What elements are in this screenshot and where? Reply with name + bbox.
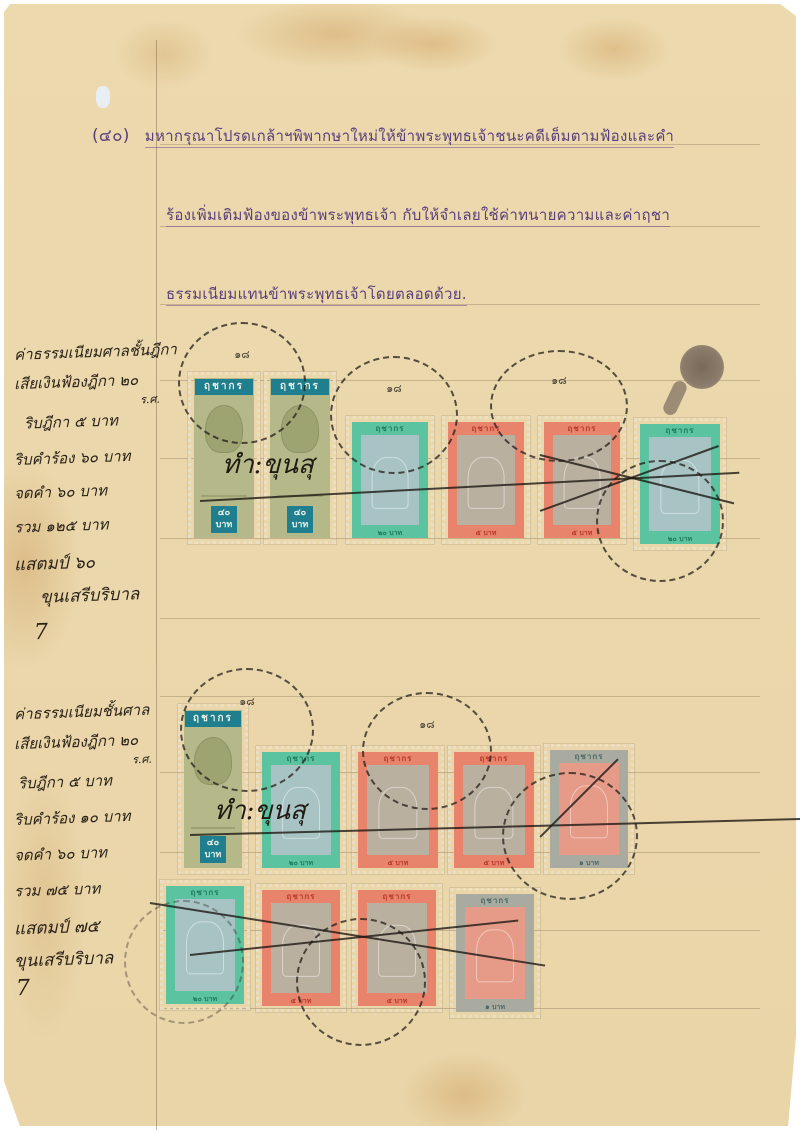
margin-note: แสตมป์ ๗๕ — [14, 913, 100, 943]
stamp-header: ฤชากร — [637, 424, 723, 437]
margin-note: ริบคำร้อง ๖๐ บาท — [14, 444, 131, 472]
postmark-cancellation — [502, 772, 638, 900]
margin-signature: ขุนเสรีบริบาล — [14, 944, 114, 974]
postmark-cancellation: ๑๘ — [330, 356, 458, 474]
paper-tear — [96, 86, 110, 108]
typed-line-1: (๔๐) มหากรุณาโปรดเกล้าฯพิพากษาใหม่ให้ข้า… — [92, 122, 674, 149]
stamp-value: ๕ บาท — [445, 528, 527, 539]
stamp-value: ๔๐ บาท — [200, 836, 226, 863]
stamp-value: ๔๐ บาท — [287, 506, 313, 533]
stamp-header: ฤชากร — [259, 890, 343, 903]
margin-note: แสตมป์ ๖๐ — [14, 549, 96, 579]
margin-note: จดคำ ๖๐ บาท — [14, 478, 108, 505]
item-number: (๔๐) — [92, 126, 130, 146]
margin-note: จดคำ ๖๐ บาท — [14, 840, 108, 867]
margin-note: ร.ศ. — [132, 750, 153, 769]
stamp-value: ๒๐ บาท — [349, 528, 431, 539]
margin-note: เสียเงินฟ้องฎีกา ๒๐ — [14, 728, 139, 756]
typed-text: มหากรุณาโปรดเกล้าฯพิพากษาใหม่ให้ข้าพระพุ… — [145, 127, 674, 148]
typed-line-2: ร้องเพิ่มเติมฟ้องของข้าพระพุทธเจ้า กับให… — [166, 203, 670, 227]
margin-mark: 7 — [34, 620, 49, 645]
postmark-cancellation: ๑๘ — [180, 668, 314, 792]
stamp-header: ฤชากร — [163, 886, 247, 899]
margin-note: ริบฎีกา ๕ บาท — [24, 408, 119, 435]
typed-text: ธรรมเนียมแทนข้าพระพุทธเจ้าโดยตลอดด้วย. — [166, 285, 467, 306]
margin-note: ค่าธรรมเนียมชั้นศาล — [14, 698, 150, 727]
postmark-cancellation: ๑๘ — [362, 692, 492, 810]
margin-note: เสียเงินฟ้องฎีกา ๒๐ — [14, 368, 139, 396]
typed-line-3: ธรรมเนียมแทนข้าพระพุทธเจ้าโดยตลอดด้วย. — [166, 282, 467, 306]
margin-note: รวม ๗๕ บาท — [14, 877, 101, 904]
margin-mark: 7 — [16, 976, 31, 1001]
postmark-cancellation: ๑๘ — [490, 350, 628, 462]
stamp-header: ฤชากร — [453, 894, 537, 907]
stamp-header: ฤชากร — [547, 750, 631, 763]
margin-note: ร.ศ. — [140, 390, 161, 409]
stamp-value: ๑ บาท — [453, 1002, 537, 1013]
margin-signature: ขุนเสรีบริบาล — [40, 580, 140, 610]
stamp-header: ฤชากร — [355, 890, 439, 903]
postmark-cancellation — [124, 900, 244, 1024]
typed-text: ร้องเพิ่มเติมฟ้องของข้าพระพุทธเจ้า กับให… — [166, 206, 670, 227]
stamp-value: ๕ บาท — [355, 858, 441, 869]
pen-signature: ทำ:ขุนสุ — [214, 790, 306, 831]
margin-note: ริบฎีกา ๕ บาท — [18, 768, 113, 795]
margin-note: ริบคำร้อง ๑๐ บาท — [14, 804, 131, 832]
wax-seal — [680, 345, 724, 389]
stamp-value: ๒๐ บาท — [259, 858, 343, 869]
stamp-value: ๔๐ บาท — [211, 506, 237, 533]
postmark-cancellation: ๑๘ — [178, 322, 306, 444]
margin-note: รวม ๑๒๕ บาท — [14, 512, 109, 539]
erawan-elephant-icon — [468, 457, 505, 509]
pen-signature: ทำ:ขุนสุ — [222, 444, 314, 485]
ruled-line — [160, 618, 760, 619]
